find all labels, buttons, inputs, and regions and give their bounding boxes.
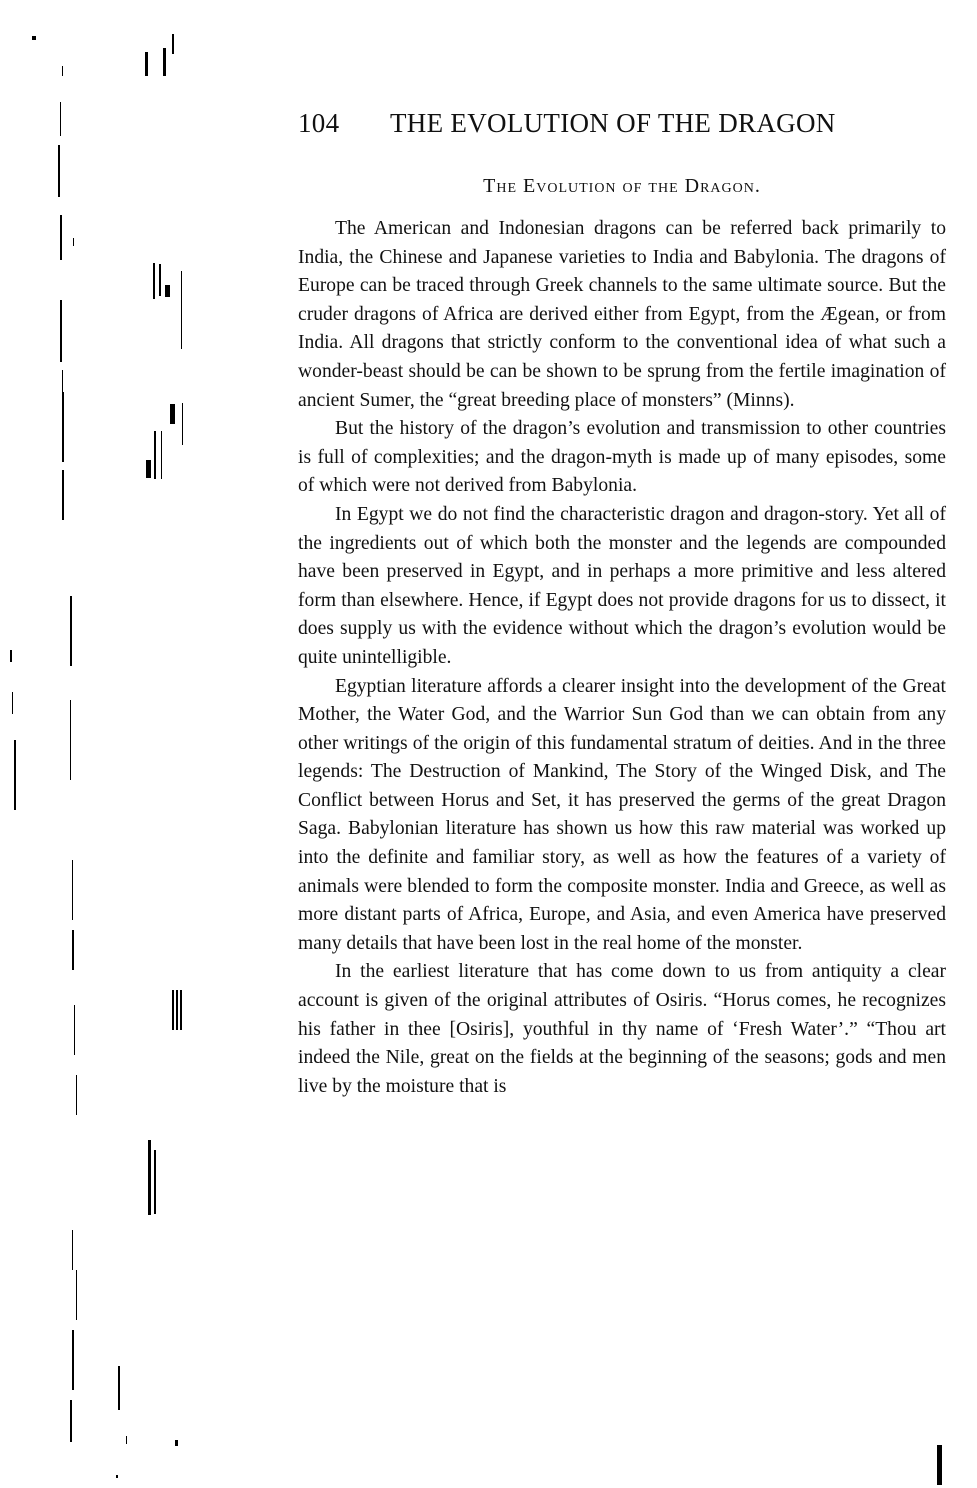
paragraph: But the history of the dragon’s evolutio… [298, 415, 946, 501]
body-text: The American and Indonesian dragons can … [298, 215, 946, 1101]
paragraph: Egyptian literature affords a clearer in… [298, 673, 946, 959]
running-header: 104THE EVOLUTION OF THE DRAGON [298, 108, 958, 139]
page-number: 104 [298, 108, 390, 139]
scanned-page: 104THE EVOLUTION OF THE DRAGON The Evolu… [0, 0, 977, 1488]
running-head-title: THE EVOLUTION OF THE DRAGON [390, 108, 836, 138]
paragraph: The American and Indonesian dragons can … [298, 215, 946, 415]
paragraph: In the earliest literature that has come… [298, 958, 946, 1101]
section-title: The Evolution of the Dragon. [298, 175, 946, 198]
paragraph: In Egypt we do not find the characterist… [298, 501, 946, 673]
